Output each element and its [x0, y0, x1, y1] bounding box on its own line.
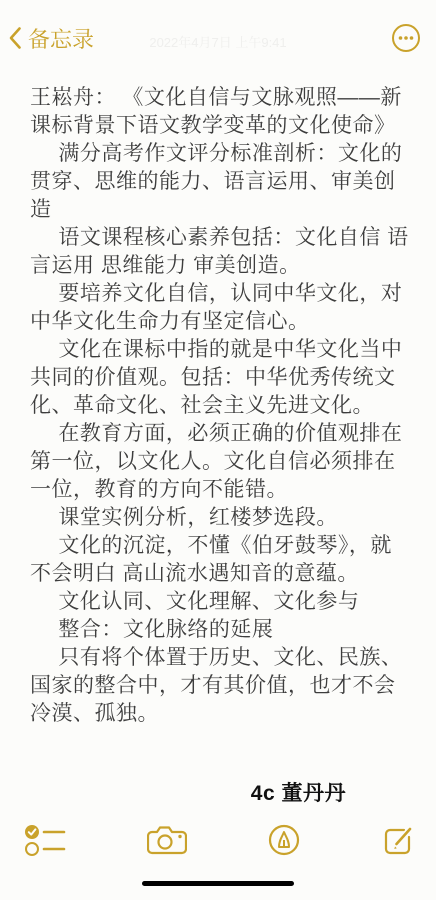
note-paragraph: 在教育方面，必须正确的价值观排在第一位，以文化人。文化自信必须排在一位，教育的方…: [30, 420, 410, 504]
markup-icon: [267, 845, 301, 860]
back-button[interactable]: 备忘录: [8, 23, 94, 54]
note-signature: 4c 董丹丹: [30, 780, 410, 808]
bottom-toolbar: [0, 808, 436, 872]
back-button-label: 备忘录: [28, 23, 94, 54]
note-paragraph: 整合：文化脉络的延展: [30, 616, 410, 644]
note-paragraph: 文化认同、文化理解、文化参与: [30, 588, 410, 616]
note-paragraph: 语文课程核心素养包括：文化自信 语言运用 思维能力 审美创造。: [30, 224, 410, 280]
note-paragraph: 课堂实例分析，红楼梦选段。: [30, 504, 410, 532]
chevron-left-icon: [8, 26, 22, 50]
note-body[interactable]: 王崧舟： 《文化自信与文脉观照——新课标背景下语文教学变革的文化使命》满分高考作…: [0, 84, 436, 808]
home-indicator[interactable]: [142, 881, 294, 886]
ellipsis-circle-icon: [390, 42, 422, 57]
checklist-button[interactable]: [20, 818, 70, 862]
compose-icon: [382, 845, 416, 860]
note-paragraph: 文化的沉淀，不懂《伯牙鼓琴》，就不会明白 高山流水遇知音的意蕴。: [30, 532, 410, 588]
note-paragraph: 满分高考作文评分标准剖析：文化的贯穿、思维的能力、语言运用、审美创造: [30, 140, 410, 224]
markup-button[interactable]: [263, 819, 305, 861]
note-paragraph: 文化在课标中指的就是中华文化当中共同的价值观。包括：中华优秀传统文化、革命文化、…: [30, 336, 410, 420]
notes-app-screen: 备忘录 2022年4月7日 上午9:41 王崧舟： 《文化自信与文脉观照——新课…: [0, 0, 436, 900]
more-options-button[interactable]: [390, 22, 422, 54]
compose-button[interactable]: [378, 819, 420, 861]
note-paragraph: 只有将个体置于历史、文化、民族、国家的整合中，才有其价值，也才不会冷漠、孤独。: [30, 644, 410, 728]
nav-bar: 备忘录 2022年4月7日 上午9:41: [0, 0, 436, 62]
note-paragraph: 王崧舟： 《文化自信与文脉观照——新课标背景下语文教学变革的文化使命》: [30, 84, 410, 140]
checklist-icon: [24, 846, 66, 861]
camera-icon: [147, 844, 187, 859]
camera-button[interactable]: [143, 820, 191, 860]
note-paragraph: 要培养文化自信，认同中华文化，对中华文化生命力有坚定信心。: [30, 280, 410, 336]
